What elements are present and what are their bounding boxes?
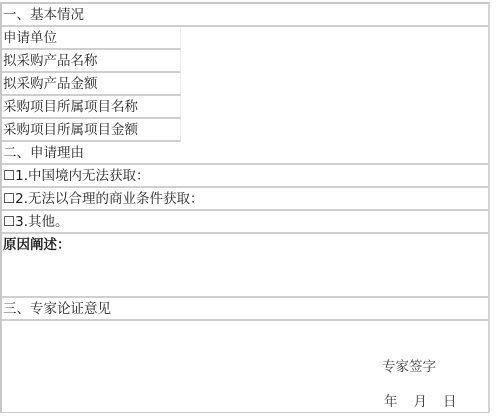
option-label: 1.中国境内无法获取： <box>15 168 149 184</box>
field-product-amount: 拟采购产品金额 <box>2 73 181 96</box>
option-label: 2.无法以合理的商业条件获取： <box>15 191 203 207</box>
checkbox-icon[interactable]: ☐ <box>3 191 15 207</box>
checkbox-icon[interactable]: ☐ <box>3 168 15 184</box>
option-label: 3.其他。 <box>15 214 68 230</box>
option-other[interactable]: ☐3.其他。 <box>2 211 488 234</box>
checkbox-icon[interactable]: ☐ <box>3 214 15 230</box>
section-reason-title: 二、申请理由 <box>2 142 488 165</box>
field-project-amount: 采购项目所属项目金额 <box>2 119 181 142</box>
reason-label: 原因阐述： <box>3 237 71 253</box>
section-expert-opinion-title: 三、专家论证意见 <box>2 298 488 321</box>
expert-signature-label: 专家签字 <box>382 355 436 375</box>
option-unavailable-domestic[interactable]: ☐1.中国境内无法获取： <box>2 165 488 188</box>
field-product-name: 拟采购产品名称 <box>2 50 181 73</box>
reason-description: 原因阐述： <box>2 234 488 298</box>
month-label: 月 <box>414 390 428 410</box>
field-project-name: 采购项目所属项目名称 <box>2 96 181 119</box>
section-basic-info-title: 一、基本情况 <box>2 4 488 27</box>
day-label: 日 <box>443 390 457 410</box>
option-unreasonable-terms[interactable]: ☐2.无法以合理的商业条件获取： <box>2 188 488 211</box>
year-label: 年 <box>384 390 398 410</box>
field-applicant-unit: 申请单位 <box>2 27 181 50</box>
signature-date: 年月日 <box>384 390 473 410</box>
